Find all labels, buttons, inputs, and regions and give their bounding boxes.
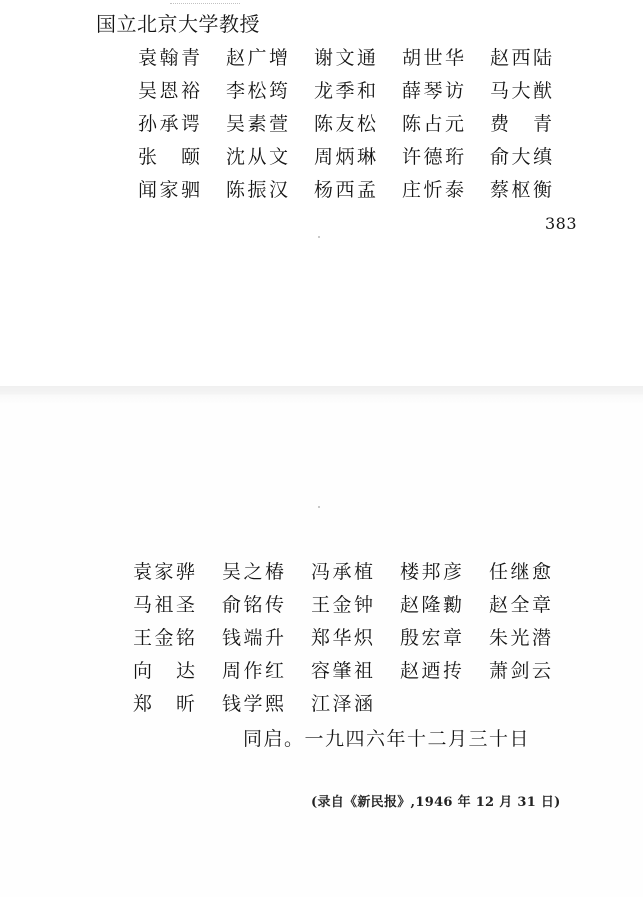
name: 萧剑云 — [489, 655, 551, 688]
name: 马大猷 — [490, 75, 552, 108]
name: 郑华炽 — [311, 622, 373, 655]
name: 向达 — [133, 655, 195, 688]
name: 赵隆勷 — [400, 589, 462, 622]
page-separator — [0, 386, 643, 403]
name-row: 闻家驷 陈振汉 杨西孟 庄忻泰 蔡枢衡 — [138, 174, 578, 207]
name-row: 马祖圣 俞铭传 王金钟 赵隆勷 赵全章 — [133, 589, 578, 622]
name-row: 吴恩裕 李松筠 龙季和 薛琴访 马大猷 — [138, 75, 578, 108]
section-heading: 国立北京大学教授 — [96, 10, 260, 38]
name-row: 向达 周作红 容肇祖 赵迺抟 萧剑云 — [133, 655, 578, 688]
source-citation: (录自《新民报》,1946 年 12 月 31 日) — [311, 791, 561, 810]
name: 蔡枢衡 — [490, 174, 552, 207]
name: 赵西陆 — [490, 42, 552, 75]
name: 江泽涵 — [311, 688, 373, 721]
name: 任继愈 — [489, 556, 551, 589]
name: 吴素萱 — [226, 108, 288, 141]
name: 闻家驷 — [138, 174, 200, 207]
name: 钱端升 — [222, 622, 284, 655]
name: 张颐 — [138, 141, 200, 174]
name: 赵广增 — [226, 42, 288, 75]
name: 俞铭传 — [222, 589, 284, 622]
name: 钱学熙 — [222, 688, 284, 721]
name: 冯承植 — [311, 556, 373, 589]
name-list-top: 袁翰青 赵广增 谢文通 胡世华 赵西陆 吴恩裕 李松筠 龙季和 薛琴访 马大猷 … — [138, 42, 578, 207]
name: 陈占元 — [402, 108, 464, 141]
page-number: 383 — [545, 214, 577, 233]
name: 朱光潜 — [489, 622, 551, 655]
name: 吴恩裕 — [138, 75, 200, 108]
name: 李松筠 — [226, 75, 288, 108]
name: 周炳琳 — [314, 141, 376, 174]
name: 杨西孟 — [314, 174, 376, 207]
name-row: 孙承谔 吴素萱 陈友松 陈占元 费青 — [138, 108, 578, 141]
scan-speck — [318, 236, 320, 238]
name-row: 袁家骅 吴之椿 冯承植 楼邦彦 任继愈 — [133, 556, 578, 589]
name: 容肇祖 — [311, 655, 373, 688]
name: 周作红 — [222, 655, 284, 688]
name: 袁家骅 — [133, 556, 195, 589]
name-list-bottom: 袁家骅 吴之椿 冯承植 楼邦彦 任继愈 马祖圣 俞铭传 王金钟 赵隆勷 赵全章 … — [133, 556, 578, 721]
name: 薛琴访 — [402, 75, 464, 108]
name-row: 郑昕 钱学熙 江泽涵 — [133, 688, 578, 721]
name: 赵迺抟 — [400, 655, 462, 688]
name: 袁翰青 — [138, 42, 200, 75]
name: 吴之椿 — [222, 556, 284, 589]
name: 赵全章 — [489, 589, 551, 622]
closing-signature-date: 同启。一九四六年十二月三十日 — [243, 724, 530, 751]
name: 许德珩 — [402, 141, 464, 174]
name: 王金铭 — [133, 622, 195, 655]
page-383: 国立北京大学教授 袁翰青 赵广增 谢文通 胡世华 赵西陆 吴恩裕 李松筠 龙季和… — [0, 0, 643, 386]
name: 费青 — [490, 108, 552, 141]
name: 沈从文 — [226, 141, 288, 174]
name-row: 王金铭 钱端升 郑华炽 殷宏章 朱光潜 — [133, 622, 578, 655]
name: 殷宏章 — [400, 622, 462, 655]
name-row: 张颐 沈从文 周炳琳 许德珩 俞大缜 — [138, 141, 578, 174]
name: 马祖圣 — [133, 589, 195, 622]
name: 楼邦彦 — [400, 556, 462, 589]
name: 王金钟 — [311, 589, 373, 622]
name: 陈友松 — [314, 108, 376, 141]
name: 郑昕 — [133, 688, 195, 721]
name: 俞大缜 — [490, 141, 552, 174]
name: 龙季和 — [314, 75, 376, 108]
name: 孙承谔 — [138, 108, 200, 141]
name: 庄忻泰 — [402, 174, 464, 207]
name: 谢文通 — [314, 42, 376, 75]
name-row: 袁翰青 赵广增 谢文通 胡世华 赵西陆 — [138, 42, 578, 75]
name: 胡世华 — [402, 42, 464, 75]
cut-off-text-fragment — [170, 0, 240, 4]
name: 陈振汉 — [226, 174, 288, 207]
scan-speck — [318, 506, 320, 508]
